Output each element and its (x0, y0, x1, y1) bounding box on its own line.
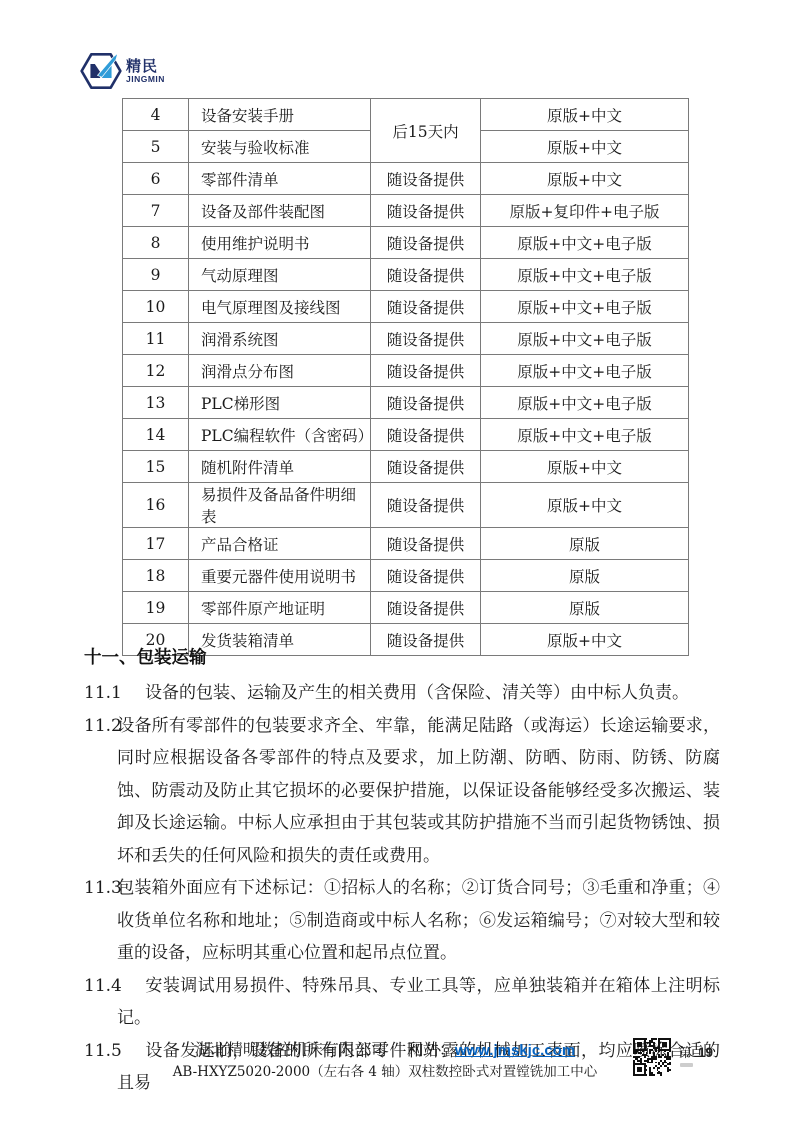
table-row: 6零部件清单随设备提供原版+中文 (123, 163, 689, 195)
website-link[interactable]: www.jmskjc.com (455, 1042, 575, 1059)
table-row: 14PLC编程软件（含密码）随设备提供原版+中文+电子版 (123, 419, 689, 451)
cell-no: 15 (123, 451, 189, 483)
clause-number: 11.1 (84, 677, 145, 710)
cell-name: PLC梯形图 (189, 387, 371, 419)
page-footer: 湖北精明数控机床有限公司网站：www.jmskjc.com AB-HXYZ502… (95, 1038, 675, 1083)
machine-model-line: AB-HXYZ5020-2000（左右各 4 轴）双柱数控卧式对置镗铣加工中心 (95, 1062, 675, 1083)
cell-no: 14 (123, 419, 189, 451)
clause-text: 设备的包装、运输及产生的相关费用（含保险、清关等）由中标人负责。 (145, 683, 689, 703)
clause-text: 设备所有零部件的包装要求齐全、牢靠，能满足陆路（或海运）长途运输要求，同时应根据… (117, 716, 720, 866)
table-row: 17产品合格证随设备提供原版 (123, 528, 689, 560)
cell-delivery: 随设备提供 (371, 323, 481, 355)
cell-version: 原版+中文 (481, 131, 689, 163)
cell-version: 原版+中文+电子版 (481, 323, 689, 355)
cell-no: 16 (123, 483, 189, 528)
cell-version: 原版+中文+电子版 (481, 259, 689, 291)
table-row: 11润滑系统图随设备提供原版+中文+电子版 (123, 323, 689, 355)
document-page: 精民 JINGMIN 4设备安装手册后15天内原版+中文5安装与验收标准原版+中… (0, 0, 800, 1131)
company-logo: 精民 JINGMIN (79, 50, 165, 92)
section-heading: 十一、包装运输 (84, 645, 720, 671)
cell-version: 原版+中文 (481, 99, 689, 131)
cell-version: 原版+中文 (481, 483, 689, 528)
cell-delivery: 随设备提供 (371, 259, 481, 291)
cell-delivery: 随设备提供 (371, 451, 481, 483)
cell-no: 5 (123, 131, 189, 163)
page-number-value: 19 (698, 1045, 713, 1060)
cell-name: 使用维护说明书 (189, 227, 371, 259)
company-name: 湖北精明数控机床有限公司 (195, 1040, 387, 1059)
cell-delivery: 随设备提供 (371, 291, 481, 323)
clause-11.3: 11.3包装箱外面应有下述标记：①招标人的名称；②订货合同号；③毛重和净重；④收… (84, 872, 720, 970)
cell-name: 零部件原产地证明 (189, 592, 371, 624)
cell-no: 18 (123, 560, 189, 592)
cell-name: 电气原理图及接线图 (189, 291, 371, 323)
cell-version: 原版+中文 (481, 451, 689, 483)
cell-delivery: 随设备提供 (371, 387, 481, 419)
cell-no: 11 (123, 323, 189, 355)
document-list-table: 4设备安装手册后15天内原版+中文5安装与验收标准原版+中文6零部件清单随设备提… (122, 98, 689, 656)
cell-no: 4 (123, 99, 189, 131)
table-row: 18重要元器件使用说明书随设备提供原版 (123, 560, 689, 592)
cell-no: 19 (123, 592, 189, 624)
page-number: 第19 (679, 1042, 713, 1061)
cell-name: PLC编程软件（含密码） (189, 419, 371, 451)
cell-no: 13 (123, 387, 189, 419)
cell-no: 10 (123, 291, 189, 323)
cell-name: 设备安装手册 (189, 99, 371, 131)
cell-name: 润滑点分布图 (189, 355, 371, 387)
cell-name: 产品合格证 (189, 528, 371, 560)
cell-no: 6 (123, 163, 189, 195)
cell-name: 随机附件清单 (189, 451, 371, 483)
website-label: 网站： (407, 1040, 455, 1059)
cell-delivery: 随设备提供 (371, 355, 481, 387)
cell-no: 17 (123, 528, 189, 560)
cell-version: 原版 (481, 592, 689, 624)
clause-text: 包装箱外面应有下述标记：①招标人的名称；②订货合同号；③毛重和净重；④收货单位名… (117, 878, 720, 963)
cell-name: 气动原理图 (189, 259, 371, 291)
clause-list: 11.1设备的包装、运输及产生的相关费用（含保险、清关等）由中标人负责。11.2… (84, 677, 720, 1100)
cell-name: 零部件清单 (189, 163, 371, 195)
clause-number: 11.4 (84, 970, 145, 1003)
clause-number: 11.2 (84, 710, 117, 743)
cell-name: 设备及部件装配图 (189, 195, 371, 227)
cell-name: 润滑系统图 (189, 323, 371, 355)
table-row: 7设备及部件装配图随设备提供原版+复印件+电子版 (123, 195, 689, 227)
cell-version: 原版+中文+电子版 (481, 387, 689, 419)
table-row: 10电气原理图及接线图随设备提供原版+中文+电子版 (123, 291, 689, 323)
cell-name: 安装与验收标准 (189, 131, 371, 163)
table-row: 19零部件原产地证明随设备提供原版 (123, 592, 689, 624)
cell-delivery: 随设备提供 (371, 528, 481, 560)
cell-version: 原版 (481, 528, 689, 560)
clause-number: 11.3 (84, 872, 117, 905)
document-table-body: 4设备安装手册后15天内原版+中文5安装与验收标准原版+中文6零部件清单随设备提… (123, 99, 689, 656)
table-row: 13PLC梯形图随设备提供原版+中文+电子版 (123, 387, 689, 419)
cell-version: 原版+中文+电子版 (481, 355, 689, 387)
table-row: 12润滑点分布图随设备提供原版+中文+电子版 (123, 355, 689, 387)
footer-line-company: 湖北精明数控机床有限公司网站：www.jmskjc.com (95, 1038, 675, 1062)
clause-11.4: 11.4安装调试用易损件、特殊吊具、专业工具等，应单独装箱并在箱体上注明标记。 (84, 970, 720, 1035)
cell-no: 7 (123, 195, 189, 227)
clause-text: 安装调试用易损件、特殊吊具、专业工具等，应单独装箱并在箱体上注明标记。 (117, 976, 720, 1029)
cell-delivery: 随设备提供 (371, 592, 481, 624)
table-row: 9气动原理图随设备提供原版+中文+电子版 (123, 259, 689, 291)
cell-delivery: 随设备提供 (371, 419, 481, 451)
page-number-prefix: 第 (679, 1046, 692, 1061)
cell-delivery: 随设备提供 (371, 483, 481, 528)
cell-delivery: 后15天内 (371, 99, 481, 163)
cell-name: 易损件及备品备件明细表 (189, 483, 371, 528)
logo-hexagon-icon (79, 50, 123, 92)
cell-version: 原版 (481, 560, 689, 592)
cell-no: 9 (123, 259, 189, 291)
logo-text: 精民 JINGMIN (126, 59, 165, 85)
qr-code (633, 1038, 671, 1076)
brand-name-cn: 精民 (126, 59, 165, 74)
clause-11.1: 11.1设备的包装、运输及产生的相关费用（含保险、清关等）由中标人负责。 (84, 677, 720, 710)
table-row: 15随机附件清单随设备提供原版+中文 (123, 451, 689, 483)
cell-delivery: 随设备提供 (371, 227, 481, 259)
section-packaging-transport: 十一、包装运输 11.1设备的包装、运输及产生的相关费用（含保险、清关等）由中标… (84, 645, 720, 1100)
cell-delivery: 随设备提供 (371, 163, 481, 195)
cell-name: 重要元器件使用说明书 (189, 560, 371, 592)
print-smudge (680, 1063, 693, 1067)
cell-version: 原版+中文+电子版 (481, 227, 689, 259)
clause-11.2: 11.2设备所有零部件的包装要求齐全、牢靠，能满足陆路（或海运）长途运输要求，同… (84, 710, 720, 873)
table-row: 8使用维护说明书随设备提供原版+中文+电子版 (123, 227, 689, 259)
brand-name-en: JINGMIN (126, 74, 165, 85)
cell-version: 原版+中文+电子版 (481, 419, 689, 451)
cell-version: 原版+中文+电子版 (481, 291, 689, 323)
table-row: 16易损件及备品备件明细表随设备提供原版+中文 (123, 483, 689, 528)
cell-version: 原版+复印件+电子版 (481, 195, 689, 227)
cell-no: 8 (123, 227, 189, 259)
cell-no: 12 (123, 355, 189, 387)
cell-version: 原版+中文 (481, 163, 689, 195)
table-row: 4设备安装手册后15天内原版+中文 (123, 99, 689, 131)
cell-delivery: 随设备提供 (371, 195, 481, 227)
cell-delivery: 随设备提供 (371, 560, 481, 592)
